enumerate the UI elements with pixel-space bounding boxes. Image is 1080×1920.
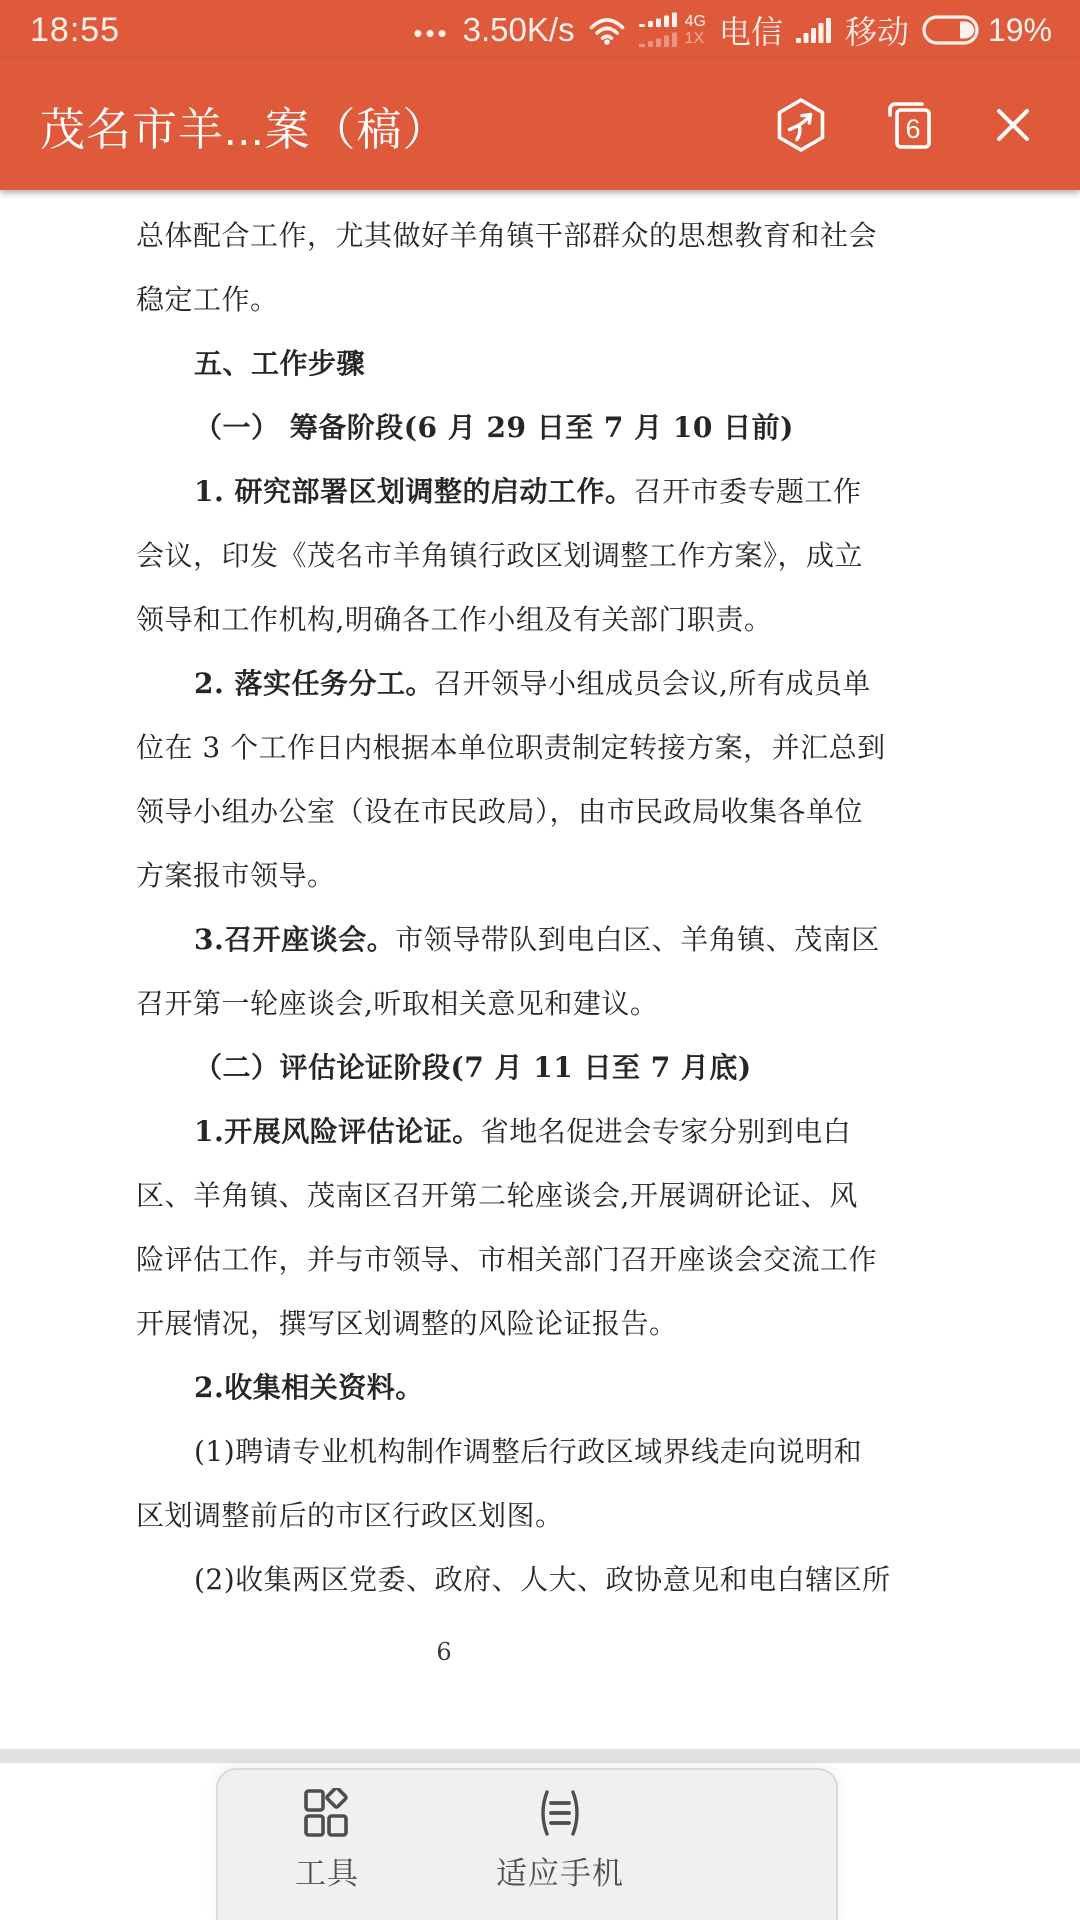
sim1-signal-bars-icon: [639, 12, 681, 48]
network-speed: 3.50K/s: [463, 11, 575, 49]
tools-grid-icon: [302, 1788, 352, 1838]
document-switcher-icon[interactable]: 6: [884, 98, 936, 152]
fit-phone-icon: [535, 1788, 585, 1838]
battery-percent: 19%: [988, 12, 1052, 49]
sim2-signal-bars-icon: [796, 16, 832, 44]
bottom-toolbar: 工具 适应手机: [216, 1768, 838, 1920]
sim1-network-type: 4G 1X: [685, 13, 706, 47]
open-doc-count: 6: [905, 114, 920, 144]
doc-line: 险评估工作，并与市领导、市相关部门召开座谈会交流工作: [136, 1228, 852, 1292]
doc-line: （二）评估论证阶段(7 月 11 日至 7 月底): [136, 1036, 852, 1100]
carrier2-label: 移动: [845, 7, 909, 53]
status-indicators: ••• 3.50K/s: [413, 7, 1052, 53]
doc-line: 位在 3 个工作日内根据本单位职责制定转接方案，并汇总到: [136, 716, 852, 780]
doc-line: 开展情况，撰写区划调整的风险论证报告。: [136, 1292, 852, 1356]
tools-label: 工具: [295, 1848, 359, 1893]
title-bar: 茂名市羊...案（稿） 6: [0, 60, 1080, 190]
doc-line: 3.召开座谈会。市领导带队到电白区、羊角镇、茂南区: [136, 908, 852, 972]
fit-phone-label: 适应手机: [496, 1848, 624, 1893]
close-icon[interactable]: [992, 104, 1034, 146]
doc-line: 领导和工作机构,明确各工作小组及有关部门职责。: [136, 588, 852, 652]
doc-line: 区、羊角镇、茂南区召开第二轮座谈会,开展调研论证、风: [136, 1164, 852, 1228]
cast-play-icon[interactable]: [774, 96, 828, 154]
doc-line: 方案报市领导。: [136, 844, 852, 908]
doc-line: 召开第一轮座谈会,听取相关意见和建议。: [136, 972, 852, 1036]
wifi-icon: [588, 15, 626, 45]
tools-button[interactable]: 工具: [276, 1788, 378, 1893]
page-number: 6: [86, 1638, 802, 1666]
doc-line: （一） 筹备阶段(6 月 29 日至 7 月 10 日前): [136, 396, 852, 460]
doc-line: 稳定工作。: [136, 268, 852, 332]
doc-line: 总体配合工作，尤其做好羊角镇干部群众的思想教育和社会: [136, 204, 852, 268]
doc-line: (2)收集两区党委、政府、人大、政协意见和电白辖区所: [136, 1548, 852, 1612]
doc-line: 区划调整前后的市区行政区划图。: [136, 1484, 852, 1548]
status-bar: 18:55 ••• 3.50K/s: [0, 0, 1080, 60]
battery-icon: [922, 14, 980, 46]
sim1-signal: 4G 1X: [639, 12, 706, 48]
carrier1-label: 电信: [719, 7, 783, 53]
doc-lines: 总体配合工作，尤其做好羊角镇干部群众的思想教育和社会稳定工作。五、工作步骤（一）…: [136, 204, 852, 1612]
document-title: 茂名市羊...案（稿）: [40, 93, 774, 158]
doc-line: 会议，印发《茂名市羊角镇行政区划调整工作方案》，成立: [136, 524, 852, 588]
page-separator: [0, 1749, 1080, 1763]
notification-dots-icon: •••: [413, 18, 449, 49]
doc-line: 2.收集相关资料。: [136, 1356, 852, 1420]
doc-line: (1)聘请专业机构制作调整后行政区域界线走向说明和: [136, 1420, 852, 1484]
doc-line: 领导小组办公室（设在市民政局），由市民政局收集各单位: [136, 780, 852, 844]
clock: 18:55: [30, 11, 120, 50]
doc-line: 1. 研究部署区划调整的启动工作。召开市委专题工作: [136, 460, 852, 524]
doc-line: 2. 落实任务分工。召开领导小组成员会议,所有成员单: [136, 652, 852, 716]
document-page[interactable]: 总体配合工作，尤其做好羊角镇干部群众的思想教育和社会稳定工作。五、工作步骤（一）…: [0, 190, 1080, 1749]
app-window: 18:55 ••• 3.50K/s: [0, 0, 1080, 1920]
doc-line: 五、工作步骤: [136, 332, 852, 396]
doc-line: 1.开展风险评估论证。省地名促进会专家分别到电白: [136, 1100, 852, 1164]
fit-phone-button[interactable]: 适应手机: [470, 1788, 650, 1893]
